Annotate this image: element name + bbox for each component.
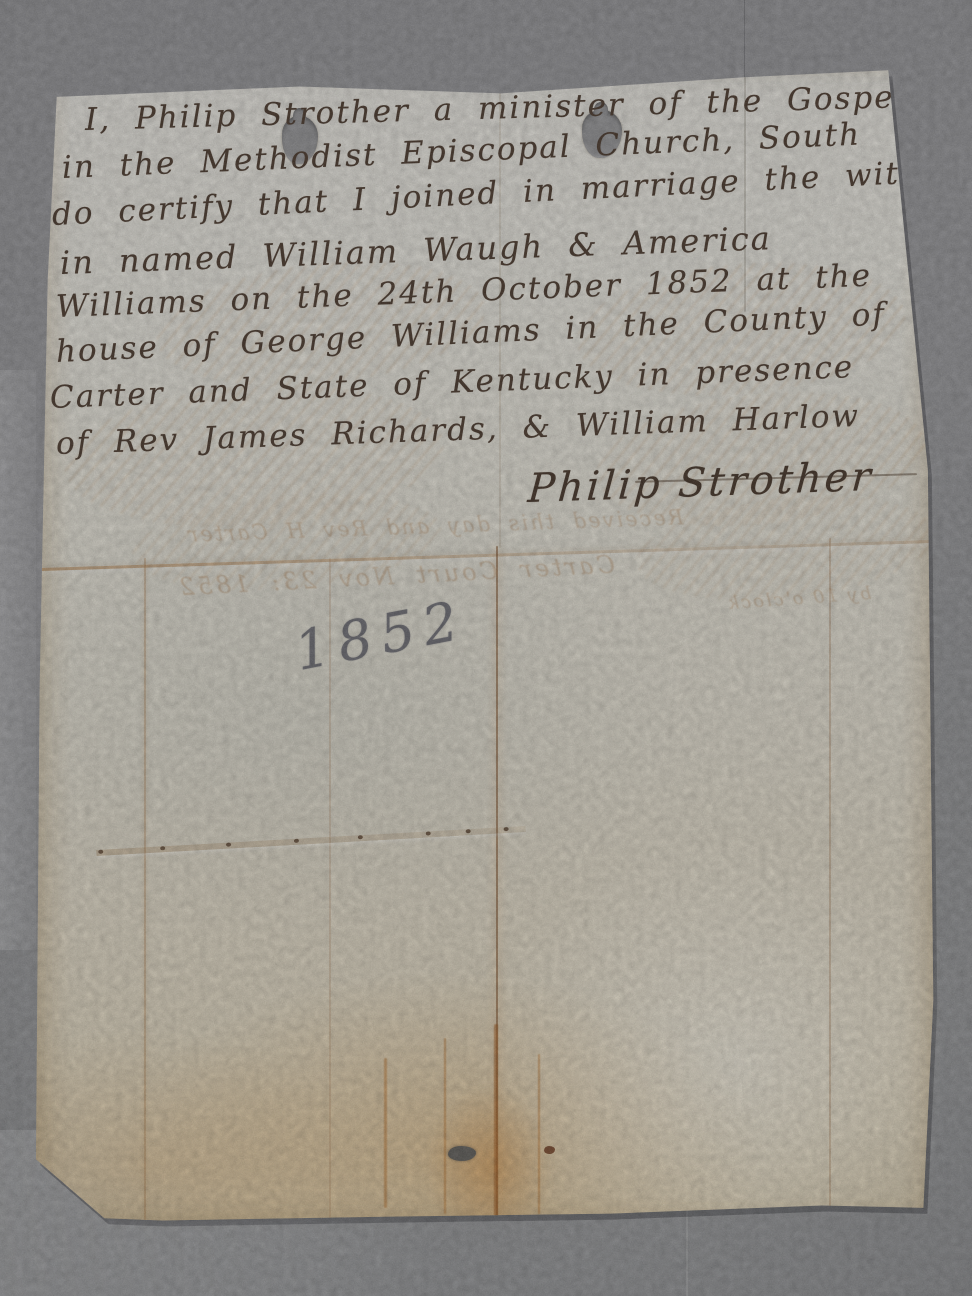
photo-of-document: I, Philip Strother a minister of the Gos… [0, 0, 972, 1296]
vertical-fold-line [144, 558, 146, 1224]
certificate-paper: I, Philip Strother a minister of the Gos… [36, 68, 936, 1224]
rust-stain-streaks [366, 1018, 586, 1224]
background-light-band [0, 370, 36, 950]
vertical-fold-line [829, 538, 831, 1214]
background-seam-line-bottom [686, 1208, 688, 1296]
